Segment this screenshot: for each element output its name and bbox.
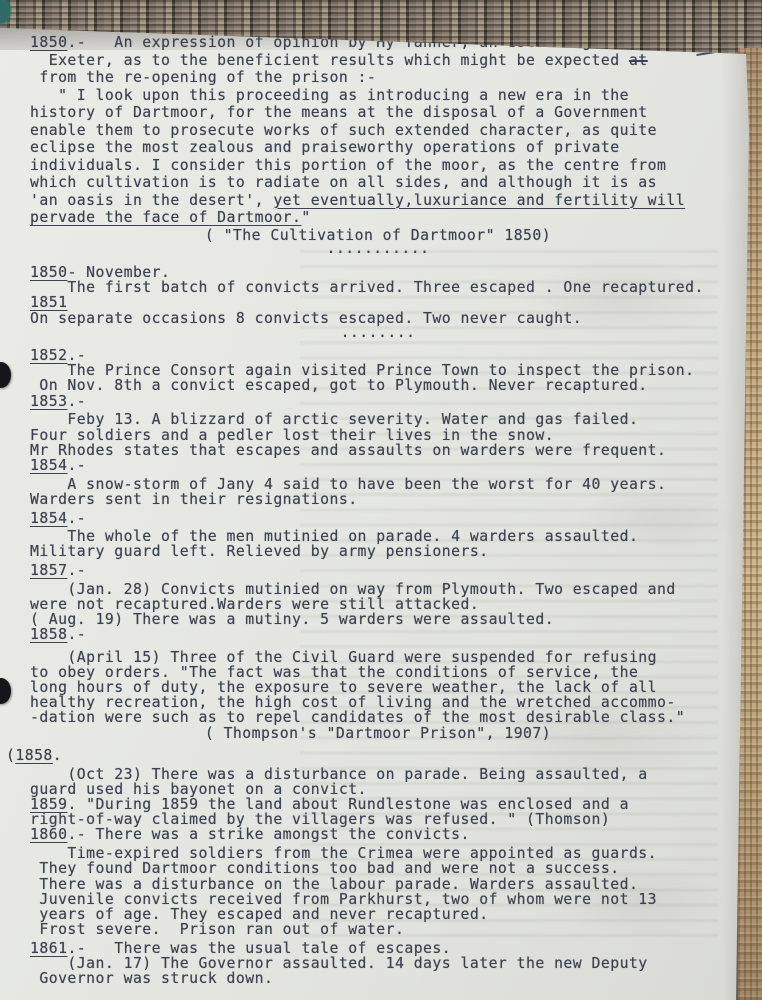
document-line: Mr Rhodes states that escapes and assaul…: [30, 443, 726, 458]
document-line: The whole of the men mutinied on parade.…: [30, 529, 726, 544]
document-line: guard used his bayonet on a convict.: [30, 782, 726, 797]
separator-dots: ···········: [30, 244, 726, 262]
document-line: ( Thompson's "Dartmoor Prison", 1907): [30, 726, 726, 741]
text-segment: enable them to prosecute works of such e…: [30, 122, 657, 139]
text-segment: .-: [67, 393, 86, 410]
document-line: years of age. They escaped and never rec…: [30, 907, 726, 922]
document-line: 1859. "During 1859 the land about Rundle…: [30, 797, 726, 812]
text-segment: Military guard left. Relieved by army pe…: [30, 543, 489, 560]
document-line: individuals. I consider this portion of …: [30, 157, 726, 175]
document-line: A snow-storm of Jany 4 said to have been…: [30, 477, 726, 492]
document-line: The Prince Consort again visited Prince …: [30, 363, 726, 378]
text-segment: Governor was struck down.: [30, 970, 273, 987]
text-segment: " I look upon this proceeding as introdu…: [30, 87, 629, 104]
document-line: ( "The Cultivation of Dartmoor" 1850): [30, 227, 726, 245]
document-line: which cultivation is to radiate on all s…: [30, 174, 726, 192]
document-line: 1853.-: [30, 394, 726, 409]
text-segment: .-: [67, 562, 86, 579]
text-segment: .-: [67, 626, 86, 643]
text-segment: On separate occasions 8 convicts escaped…: [30, 310, 582, 327]
document-line: 1858.-: [30, 627, 726, 642]
text-segment: Frost severe. Prison ran out of water.: [30, 921, 404, 938]
document-line: There was a disturbance on the labour pa…: [30, 877, 726, 892]
text-segment: Mr Rhodes states that escapes and assaul…: [30, 442, 666, 459]
text-segment: ( Thompson's "Dartmoor Prison", 1907): [205, 725, 551, 742]
document-line: On Nov. 8th a convict escaped, got to Pl…: [30, 378, 726, 393]
document-line: to obey orders. "The fact was that the c…: [30, 665, 726, 680]
underlined-text: yet eventually,luxuriance and fertility …: [273, 192, 685, 209]
document-line: Time-expired soldiers from the Crimea we…: [30, 846, 726, 861]
document-line: Exeter, as to the beneficient results wh…: [30, 52, 726, 70]
document-line: healthy recreation, the high cost of liv…: [30, 695, 726, 710]
text-segment: history of Dartmoor, for the means at th…: [30, 104, 648, 121]
text-segment: which cultivation is to radiate on all s…: [30, 174, 657, 191]
underlined-text: 1853: [30, 393, 67, 410]
text-segment: .- There was a strike amongst the convic…: [67, 826, 469, 843]
text-segment: (: [6, 747, 15, 764]
text-segment: ···········: [327, 244, 430, 261]
document-line: 1854.-: [30, 458, 726, 473]
document-line: enable them to prosecute works of such e…: [30, 122, 726, 140]
document-line: Frost severe. Prison ran out of water.: [30, 922, 726, 937]
underlined-text: 1854: [30, 457, 67, 474]
binder-mark: [0, 678, 11, 704]
underlined-text: 1858: [15, 747, 52, 764]
document-line: " I look upon this proceeding as introdu…: [30, 87, 726, 105]
document-line: The first batch of convicts arrived. Thr…: [30, 280, 726, 295]
underlined-text: 1860: [30, 826, 67, 843]
document-line: -dation were such as to repel candidates…: [30, 710, 726, 725]
document-line: 1850- November.: [30, 265, 726, 280]
underlined-text: 1850: [30, 34, 67, 51]
document-line: Feby 13. A blizzard of arctic severity. …: [30, 412, 726, 427]
text-segment: ········: [341, 328, 416, 345]
document-line: (Oct 23) There was a disturbance on para…: [30, 767, 726, 782]
document-line: Four soldiers and a pedler lost their li…: [30, 428, 726, 443]
document-line: On separate occasions 8 convicts escaped…: [30, 311, 726, 326]
text-segment: Warders sent in their resignations.: [30, 491, 358, 508]
text-segment: from the re-opening of the prison :-: [30, 69, 376, 86]
binder-mark: [0, 362, 11, 388]
document-line: ( Aug. 19) There was a mutiny. 5 warders…: [30, 612, 726, 627]
document-text: 1850.- An expression of opinion by Hy Ta…: [30, 34, 726, 986]
text-segment: .-: [67, 510, 86, 527]
document-line: Warders sent in their resignations.: [30, 492, 726, 507]
document-line: right-of-way claimed by the villagers wa…: [30, 812, 726, 827]
text-segment: individuals. I consider this portion of …: [30, 157, 666, 174]
text-segment: ": [301, 209, 310, 226]
separator-dots: ········: [30, 329, 726, 344]
text-segment: ( Aug. 19) There was a mutiny. 5 warders…: [30, 611, 554, 628]
text-segment: .: [53, 747, 62, 764]
document-line: 1851: [30, 295, 726, 310]
underlined-text: 1857: [30, 562, 67, 579]
text-segment: ( "The Cultivation of Dartmoor" 1850): [205, 227, 551, 244]
document-line: Governor was struck down.: [30, 971, 726, 986]
document-line: 1861.- There was the usual tale of escap…: [30, 941, 726, 956]
document-line: (Jan. 17) The Governor assaulted. 14 day…: [30, 956, 726, 971]
document-line: (1858.: [6, 748, 726, 763]
document-line: 1854.-: [30, 511, 726, 526]
document-line: were not recaptured.Warders were still a…: [30, 597, 726, 612]
document-line: 'an oasis in the desert', yet eventually…: [30, 192, 726, 210]
document-line: from the re-opening of the prison :-: [30, 69, 726, 87]
document-line: Juvenile convicts received from Parkhurs…: [30, 892, 726, 907]
text-segment: .-: [67, 457, 86, 474]
underlined-text: 1858: [30, 626, 67, 643]
document-line: history of Dartmoor, for the means at th…: [30, 104, 726, 122]
text-segment: The first batch of convicts arrived. Thr…: [30, 279, 704, 296]
document-line: long hours of duty, the exposure to seve…: [30, 680, 726, 695]
text-segment: 'an oasis in the desert',: [30, 192, 273, 209]
document-line: (Jan. 28) Convicts mutinied on way from …: [30, 582, 726, 597]
document-line: They found Dartmoor conditions too bad a…: [30, 861, 726, 876]
fabric-corner-spot: [0, 0, 12, 26]
document-line: 1852.-: [30, 348, 726, 363]
text-segment: Exeter, as to the beneficient results wh…: [30, 52, 629, 69]
document-line: eclipse the most zealous and praiseworth…: [30, 139, 726, 157]
document-line: pervade the face of Dartmoor.": [30, 209, 726, 227]
underlined-text: 1854: [30, 510, 67, 527]
document-line: (April 15) Three of the Civil Guard were…: [30, 650, 726, 665]
document-line: 1857.-: [30, 563, 726, 578]
struck-text: at: [629, 52, 648, 69]
underlined-text: pervade the face of Dartmoor.: [30, 209, 301, 226]
document-line: Military guard left. Relieved by army pe…: [30, 544, 726, 559]
text-segment: On Nov. 8th a convict escaped, got to Pl…: [30, 377, 648, 394]
text-segment: eclipse the most zealous and praiseworth…: [30, 139, 620, 156]
typescript-page: 11. 1850.- An expression of opinion by H…: [0, 0, 762, 1000]
document-line: 1860.- There was a strike amongst the co…: [30, 827, 726, 842]
